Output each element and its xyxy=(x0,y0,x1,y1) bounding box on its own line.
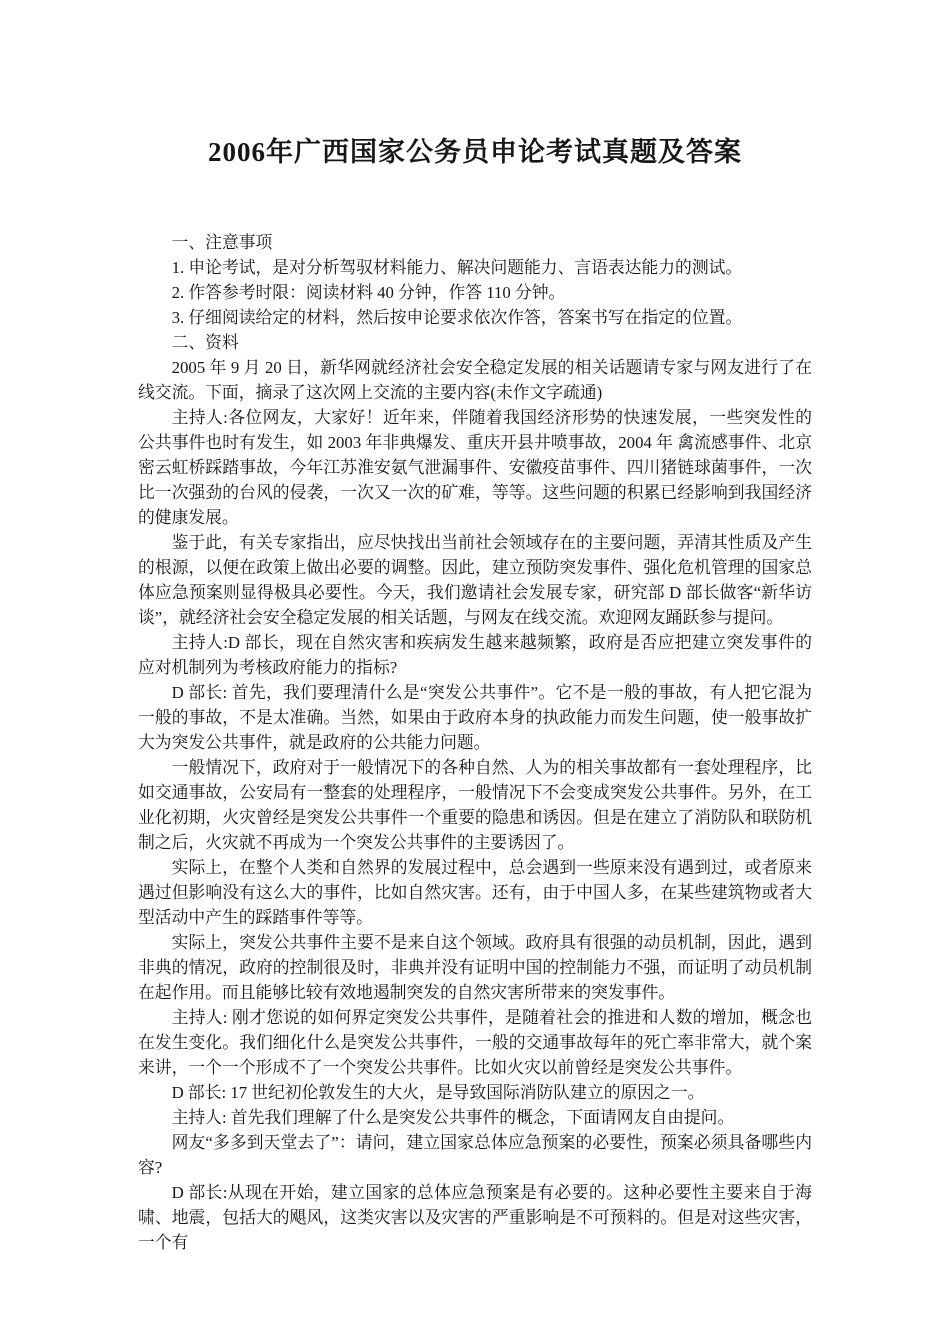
paragraph: 一、注意事项 xyxy=(138,230,812,255)
document-body: 一、注意事项1. 申论考试，是对分析驾驭材料能力、解决问题能力、言语表达能力的测… xyxy=(138,230,812,1255)
paragraph: D 部长:从现在开始，建立国家的总体应急预案是有必要的。这种必要性主要来自于海啸… xyxy=(138,1180,812,1255)
paragraph: D 部长: 17 世纪初伦敦发生的大火，是导致国际消防队建立的原因之一。 xyxy=(138,1080,812,1105)
paragraph: 主持人: 首先我们理解了什么是突发公共事件的概念，下面请网友自由提问。 xyxy=(138,1105,812,1130)
paragraph: 3. 仔细阅读给定的材料，然后按申论要求依次作答，答案书写在指定的位置。 xyxy=(138,305,812,330)
paragraph: 实际上，突发公共事件主要不是来自这个领域。政府具有很强的动员机制，因此，遇到非典… xyxy=(138,930,812,1005)
paragraph: D 部长: 首先，我们要理清什么是“突发公共事件”。它不是一般的事故，有人把它混… xyxy=(138,680,812,755)
document-title: 2006年广西国家公务员申论考试真题及答案 xyxy=(138,135,812,169)
paragraph: 鉴于此，有关专家指出，应尽快找出当前社会领域存在的主要问题，弄清其性质及产生的根… xyxy=(138,530,812,630)
paragraph: 1. 申论考试，是对分析驾驭材料能力、解决问题能力、言语表达能力的测试。 xyxy=(138,255,812,280)
paragraph: 主持人:各位网友，大家好！近年来，伴随着我国经济形势的快速发展，一些突发性的公共… xyxy=(138,405,812,530)
paragraph: 主持人: 刚才您说的如何界定突发公共事件，是随着社会的推进和人数的增加，概念也在… xyxy=(138,1005,812,1080)
paragraph: 实际上，在整个人类和自然界的发展过程中，总会遇到一些原来没有遇到过，或者原来遇过… xyxy=(138,855,812,930)
paragraph: 网友“多多到天堂去了”：请问，建立国家总体应急预案的必要性，预案必须具备哪些内容… xyxy=(138,1130,812,1180)
paragraph: 2. 作答参考时限：阅读材料 40 分钟，作答 110 分钟。 xyxy=(138,280,812,305)
document-page: 2006年广西国家公务员申论考试真题及答案 一、注意事项1. 申论考试，是对分析… xyxy=(0,0,950,1344)
paragraph: 二、资料 xyxy=(138,330,812,355)
paragraph: 主持人:D 部长，现在自然灾害和疾病发生越来越频繁，政府是否应把建立突发事件的应… xyxy=(138,630,812,680)
paragraph: 一般情况下，政府对于一般情况下的各种自然、人为的相关事故都有一套处理程序，比如交… xyxy=(138,755,812,855)
paragraph: 2005 年 9 月 20 日，新华网就经济社会安全稳定发展的相关话题请专家与网… xyxy=(138,355,812,405)
